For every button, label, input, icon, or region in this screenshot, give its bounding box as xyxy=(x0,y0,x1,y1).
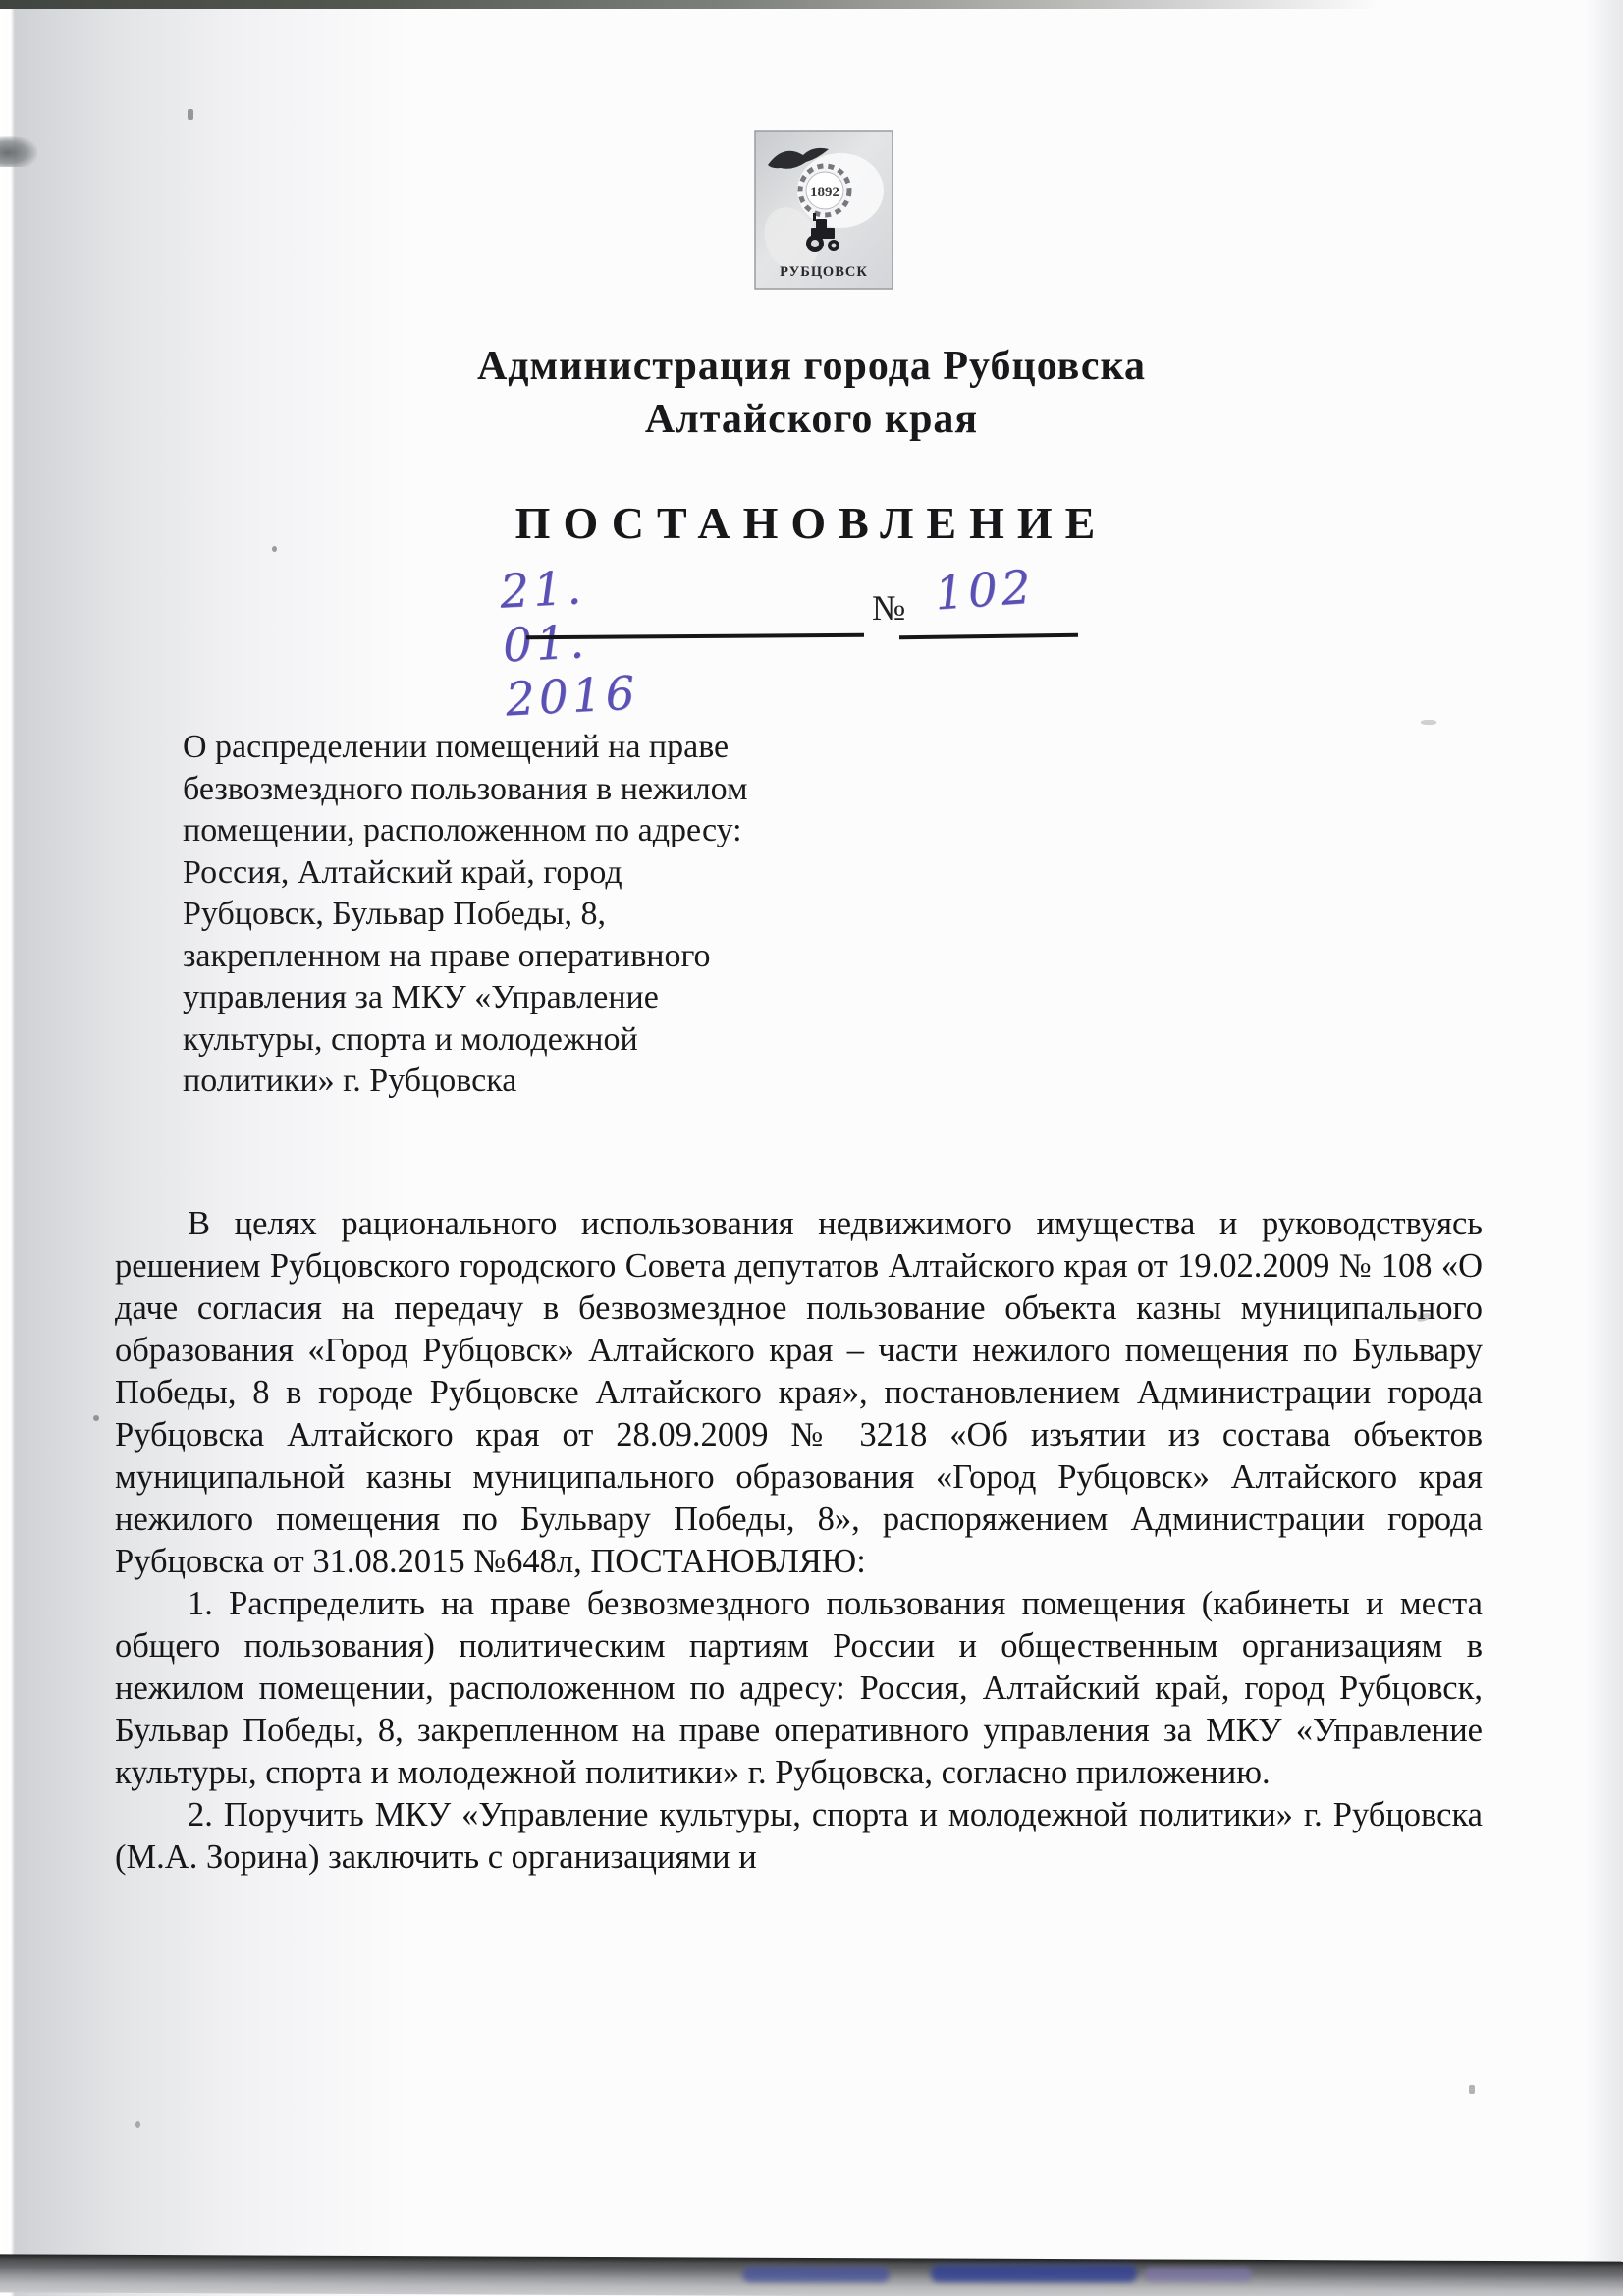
scan-speck xyxy=(1421,720,1436,725)
org-name-line2: Алтайского края xyxy=(0,393,1623,446)
scanned-document-page: 1892 РУБЦОВСК Администрация города Рубцо… xyxy=(0,0,1623,2296)
emblem-city-name: РУБЦОВСК xyxy=(780,264,868,280)
item-1-paragraph: 1. Распределить на праве безвозмездного … xyxy=(115,1583,1483,1794)
handwritten-number: 102 xyxy=(933,561,1036,622)
scan-speck xyxy=(1469,2085,1475,2094)
org-name: Администрация города Рубцовска Алтайског… xyxy=(0,340,1623,446)
scan-smudge xyxy=(0,136,37,167)
emblem-year: 1892 xyxy=(810,185,839,200)
number-underline xyxy=(899,633,1078,640)
handwritten-date: 21. 01. 2016 xyxy=(499,559,640,728)
bleed-through-ink xyxy=(742,2267,890,2282)
city-emblem: 1892 РУБЦОВСК xyxy=(754,130,893,290)
document-body: В целях рационального использования недв… xyxy=(115,1203,1483,1879)
bleed-through-ink xyxy=(931,2265,1137,2282)
scan-speck xyxy=(188,109,193,120)
subject-block: О распределении помещений на праве безво… xyxy=(183,727,791,1103)
scan-top-edge xyxy=(0,0,1623,9)
org-name-line1: Администрация города Рубцовска xyxy=(0,340,1623,393)
doc-type-title: ПОСТАНОВЛЕНИЕ xyxy=(0,497,1623,549)
bleed-through-ink xyxy=(1144,2268,1252,2281)
preamble-paragraph: В целях рационального использования недв… xyxy=(115,1203,1483,1583)
scan-speck xyxy=(93,1415,99,1421)
scan-speck xyxy=(135,2121,140,2128)
item-2-paragraph: 2. Поручить МКУ «Управление культуры, сп… xyxy=(115,1794,1483,1879)
number-sign: № xyxy=(872,587,905,629)
